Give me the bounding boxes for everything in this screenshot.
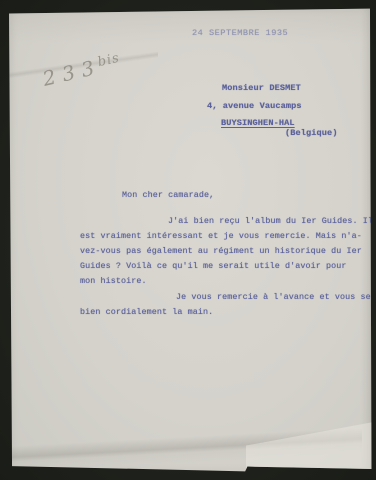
handwritten-annotation: 233bis	[40, 49, 125, 91]
annotation-number: 233	[40, 54, 103, 91]
body-line: Je vous remercie à l'avance et vous serr…	[176, 292, 376, 302]
recipient-country: (Belgique)	[285, 128, 338, 138]
recipient-city: BUYSINGHEN-HAL	[221, 118, 295, 128]
body-line: Guides ? Voilà ce qu'il me serait utile …	[80, 261, 347, 271]
paper-fold-patch	[246, 418, 372, 471]
letter-date: 24 SEPTEMBRE 1935	[192, 28, 288, 38]
letter-paper: 24 SEPTEMBRE 1935 233bis Monsieur DESMET…	[0, 0, 376, 480]
recipient-street: 4, avenue Vaucamps	[207, 101, 302, 111]
recipient-name: Monsieur DESMET	[222, 83, 301, 93]
annotation-suffix: bis	[96, 51, 121, 71]
body-line: mon histoire.	[80, 276, 147, 286]
body-line: bien cordialement la main.	[80, 307, 213, 317]
body-line: est vraiment intéressant et je vous reme…	[80, 231, 362, 241]
scanned-letter-page: 24 SEPTEMBRE 1935 233bis Monsieur DESMET…	[0, 0, 376, 480]
body-line: J'ai bien reçu l'album du Ier Guides. Il	[168, 216, 373, 226]
body-line: vez-vous pas également au régiment un hi…	[80, 246, 362, 256]
letter-salutation: Mon cher camarade,	[122, 190, 214, 200]
